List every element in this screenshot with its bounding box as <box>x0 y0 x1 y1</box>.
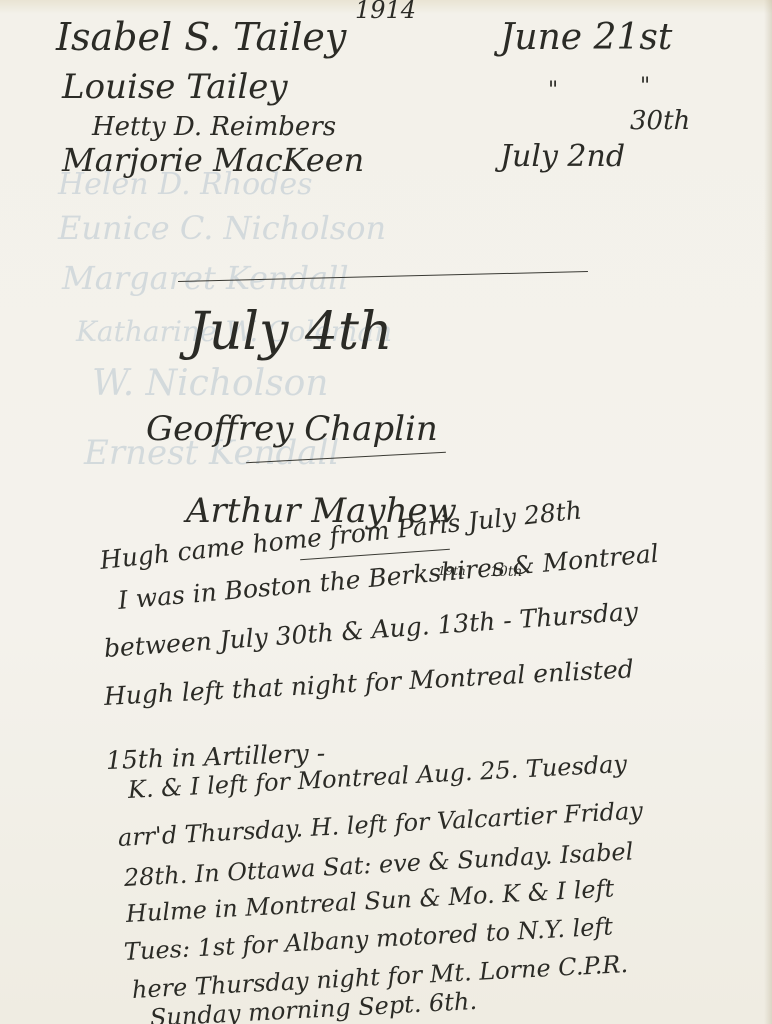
ditto-mark: " <box>548 80 558 102</box>
handwritten-page: Helen D. Rhodes Eunice C. Nicholson Marg… <box>0 0 772 1024</box>
signature-date: June 21st <box>500 20 672 56</box>
year-label: 1914 <box>355 0 416 22</box>
bleed-through-line: W. Nicholson <box>92 366 328 402</box>
signature-date: 30th <box>630 108 690 134</box>
signature-marjorie: Marjorie MacKeen <box>62 144 364 176</box>
ditto-mark: " <box>640 76 650 98</box>
section-date: July 4th <box>188 306 392 358</box>
signature-date: July 2nd <box>500 142 625 172</box>
journal-line: Hugh left that night for Montreal enlist… <box>103 656 634 709</box>
bleed-through-line: Eunice C. Nicholson <box>58 212 386 244</box>
signature-hetty: Hetty D. Reimbers <box>92 114 336 140</box>
signature-geoffrey: Geoffrey Chaplin <box>146 412 438 446</box>
signature-louise: Louise Tailey <box>62 70 288 104</box>
signature-isabel: Isabel S. Tailey <box>56 18 346 56</box>
